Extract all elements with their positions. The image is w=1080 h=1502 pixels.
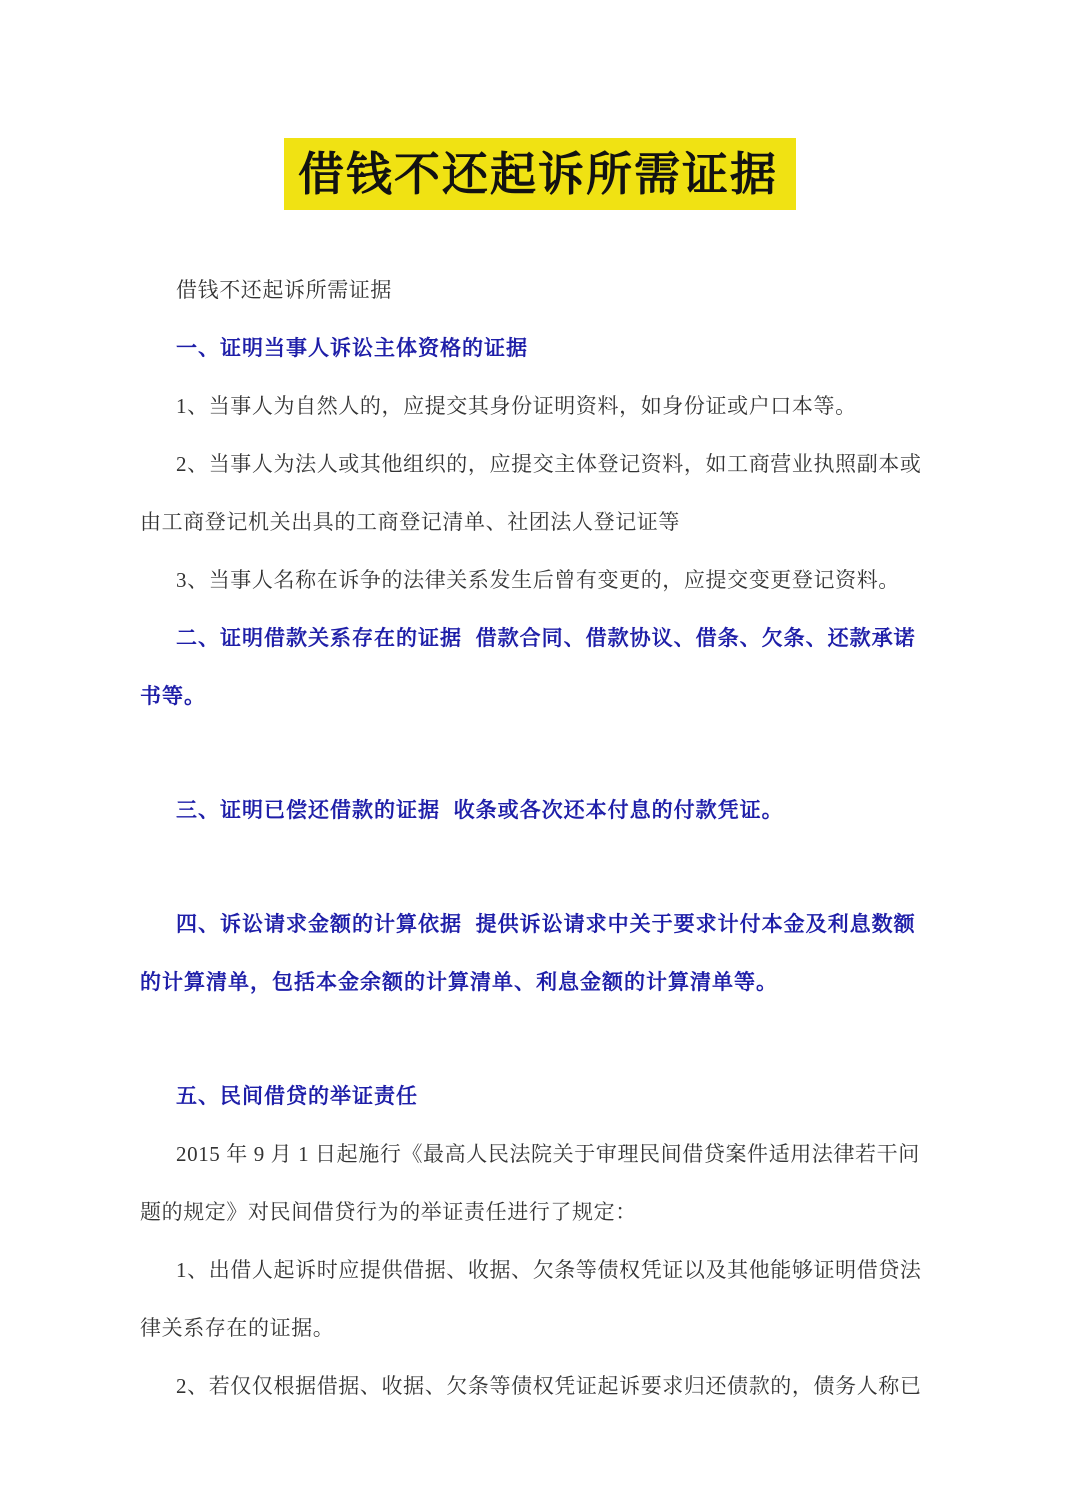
text-line: 2、若仅仅根据借据、收据、欠条等债权凭证起诉要求归还债款的，债务人称已 — [140, 1356, 940, 1414]
text-line: 由工商登记机关出具的工商登记清单、社团法人登记证等 — [140, 492, 940, 550]
section-heading-4-continued: 的计算清单，包括本金余额的计算清单、利息金额的计算清单等。 — [140, 952, 940, 1010]
text-line: 律关系存在的证据。 — [140, 1298, 940, 1356]
blank-line — [140, 724, 940, 780]
blank-line — [140, 838, 940, 894]
text-line: 3、当事人名称在诉争的法律关系发生后曾有变更的，应提交变更登记资料。 — [140, 550, 940, 608]
section-heading-5: 五、民间借贷的举证责任 — [140, 1066, 940, 1124]
section-heading-2-continued: 书等。 — [140, 666, 940, 724]
page-title: 借钱不还起诉所需证据 — [284, 138, 796, 210]
text-line: 1、出借人起诉时应提供借据、收据、欠条等债权凭证以及其他能够证明借贷法 — [140, 1240, 940, 1298]
document-body: 借钱不还起诉所需证据 一、证明当事人诉讼主体资格的证据 1、当事人为自然人的，应… — [0, 260, 1080, 1414]
text-line: 2、当事人为法人或其他组织的，应提交主体登记资料，如工商营业执照副本或 — [140, 434, 940, 492]
section-heading-3: 三、证明已偿还借款的证据 收条或各次还本付息的付款凭证。 — [140, 780, 940, 838]
section-heading-2: 二、证明借款关系存在的证据 借款合同、借款协议、借条、欠条、还款承诺 — [140, 608, 940, 666]
section-heading-1: 一、证明当事人诉讼主体资格的证据 — [140, 318, 940, 376]
text-line: 1、当事人为自然人的，应提交其身份证明资料，如身份证或户口本等。 — [140, 376, 940, 434]
text-line: 借钱不还起诉所需证据 — [140, 260, 940, 318]
text-line: 2015 年 9 月 1 日起施行《最高人民法院关于审理民间借贷案件适用法律若干… — [140, 1124, 940, 1182]
document-page: 借钱不还起诉所需证据 借钱不还起诉所需证据 一、证明当事人诉讼主体资格的证据 1… — [0, 0, 1080, 1502]
blank-line — [140, 1010, 940, 1066]
section-heading-4: 四、诉讼请求金额的计算依据 提供诉讼请求中关于要求计付本金及利息数额 — [140, 894, 940, 952]
title-block: 借钱不还起诉所需证据 — [0, 0, 1080, 210]
text-line: 题的规定》对民间借贷行为的举证责任进行了规定： — [140, 1182, 940, 1240]
